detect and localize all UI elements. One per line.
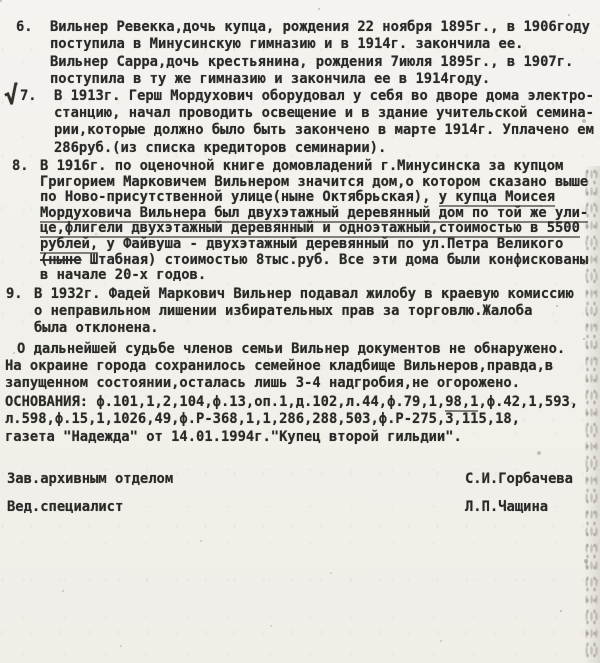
text-segment: поступила в ту же гимназию и закончила е… <box>50 71 490 87</box>
item-number: 7. <box>20 88 54 157</box>
document-line: поступила в ту же гимназию и закончила е… <box>50 71 590 88</box>
document-line: газета "Надежда" от 14.01.1994г."Купец в… <box>5 429 578 446</box>
text-segment: поступила в Минусинскую гимназию и в 191… <box>50 36 523 52</box>
document-line: по Ново-присутственной улице(ныне Октябр… <box>40 190 588 206</box>
text-segment: О дальнейшей судьбе членов семьи Вильнер… <box>17 341 565 357</box>
text-segment: Григорием Марковичем Вильнером значится … <box>40 174 588 190</box>
document-line: рии,которые должно было быть закончено в… <box>54 122 594 139</box>
closing-paragraph: О дальнейшей судьбе членов семьи Вильнер… <box>5 341 565 392</box>
signature-title: Вед.специалист <box>7 499 123 516</box>
document-line: В 1916г. по оценочной книге домовладений… <box>40 159 588 175</box>
document-item-7: 7.В 1913г. Герш Мордухович оборудовал у … <box>20 88 594 157</box>
document-line: ОСНОВАНИЯ: ф.101,1,2,104,ф.13,оп.1,д.102… <box>5 394 578 411</box>
document-line: в начале 20-х годов. <box>40 268 588 284</box>
item-body: В 1932г. Фадей Маркович Вильнер подавал … <box>34 286 574 336</box>
text-segment: На окраине города сохранилось семейное к… <box>5 358 553 374</box>
text-segment: у Файвуша - двухэтажный деревянный по ул… <box>98 236 563 252</box>
scan-edge-band <box>584 166 600 663</box>
document-line: запущенном состоянии,осталась лишь 3-4 н… <box>5 375 565 392</box>
text-segment: газета "Надежда" от 14.01.1994г."Купец в… <box>5 429 462 445</box>
document-line: В 1932г. Фадей Маркович Вильнер подавал … <box>34 286 574 303</box>
item-body: В 1916г. по оценочной книге домовладений… <box>40 159 588 284</box>
document-line: Мордуховича Вильнера был двухэтажный дер… <box>40 206 588 222</box>
document-line: л.598,ф.15,1,1026,49,ф.Р-368,1,1,286,288… <box>5 411 578 428</box>
document-line: рублей, у Файвуша - двухэтажный деревянн… <box>40 237 588 253</box>
text-segment: Вильнер Ревекка,дочь купца, рождения 22 … <box>50 19 590 35</box>
document-line: Вильнер Ревекка,дочь купца, рождения 22 … <box>50 19 590 36</box>
document-line: На окраине города сохранилось семейное к… <box>5 358 565 375</box>
text-segment-underlined: 98,1 <box>445 394 478 412</box>
text-segment: л.598,ф.15,1,1026,49,ф.Р-368,1,1,286,288… <box>5 411 520 427</box>
signature-name: Л.П.Чащина <box>465 499 548 516</box>
text-segment: Вильнер Сарра,дочь крестьянина, рождения… <box>50 54 573 70</box>
text-segment: 286руб.(из списка кредиторов семинарии). <box>54 140 386 156</box>
document-line: це,флигели двухэтажный деревянный и одно… <box>40 221 588 237</box>
text-segment-struck: (ныне <box>40 252 82 268</box>
item-number: 6. <box>16 19 50 89</box>
text-segment: запущенном состоянии,осталась лишь 3-4 н… <box>5 375 520 391</box>
document-item-8: 8.В 1916г. по оценочной книге домовладен… <box>12 159 588 284</box>
text-segment: В 1932г. Фадей Маркович Вильнер подавал … <box>34 286 574 302</box>
text-segment: станцию, начал проводить освещение и в з… <box>54 105 594 121</box>
grounds-paragraph: ОСНОВАНИЯ: ф.101,1,2,104,ф.13,оп.1,д.102… <box>5 394 578 446</box>
item-body: В 1913г. Герш Мордухович оборудовал у се… <box>54 88 594 157</box>
document-line: станцию, начал проводить освещение и в з… <box>54 105 594 122</box>
signature-title: Зав.архивным отделом <box>7 471 173 488</box>
item-number: 8. <box>12 159 40 284</box>
text-segment: Штабная) стоимостью 8тыс.руб. Все эти до… <box>82 252 589 268</box>
document-line: поступила в Минусинскую гимназию и в 191… <box>50 36 590 53</box>
text-segment: ОСНОВАНИЯ: ф.101,1,2,104,ф.13,оп.1,д.102… <box>5 394 445 410</box>
signature-row: Зав.архивным отделом С.И.Горбачева <box>0 471 600 489</box>
item-number: 9. <box>6 286 34 336</box>
document-line: была отклонена. <box>34 320 574 337</box>
text-segment: по Ново-присутственной улице(ныне Октябр… <box>40 189 439 205</box>
text-segment: ,ф.42,1,593, <box>478 394 578 410</box>
document-line: В 1913г. Герш Мордухович оборудовал у се… <box>54 88 594 105</box>
document-line: о неправильном лишении избирательных пра… <box>34 303 574 320</box>
text-segment: в начале 20-х годов. <box>40 267 206 283</box>
signature-row: Вед.специалист Л.П.Чащина <box>0 499 600 517</box>
item-body: Вильнер Ревекка,дочь купца, рождения 22 … <box>50 19 590 89</box>
text-segment: рии,которые должно было быть закончено в… <box>54 122 594 138</box>
document-line: 286руб.(из списка кредиторов семинарии). <box>54 140 594 157</box>
text-segment: о неправильном лишении избирательных пра… <box>34 303 532 319</box>
document-item-6: 6.Вильнер Ревекка,дочь купца, рождения 2… <box>16 19 590 89</box>
document-line: О дальнейшей судьбе членов семьи Вильнер… <box>5 341 565 358</box>
archival-document-scan: √ 6.Вильнер Ревекка,дочь купца, рождения… <box>0 0 600 663</box>
signature-name: С.И.Горбачева <box>465 471 573 488</box>
text-segment: В 1916г. по оценочной книге домовладений… <box>40 158 563 174</box>
paper-speckles <box>0 0 2 2</box>
document-line: (ныне Штабная) стоимостью 8тыс.руб. Все … <box>40 253 588 269</box>
document-line: Григорием Марковичем Вильнером значится … <box>40 175 588 191</box>
text-segment: была отклонена. <box>34 320 159 336</box>
document-item-9: 9.В 1932г. Фадей Маркович Вильнер подава… <box>6 286 574 336</box>
document-line: Вильнер Сарра,дочь крестьянина, рождения… <box>50 54 590 71</box>
text-segment: В 1913г. Герш Мордухович оборудовал у се… <box>54 88 594 104</box>
